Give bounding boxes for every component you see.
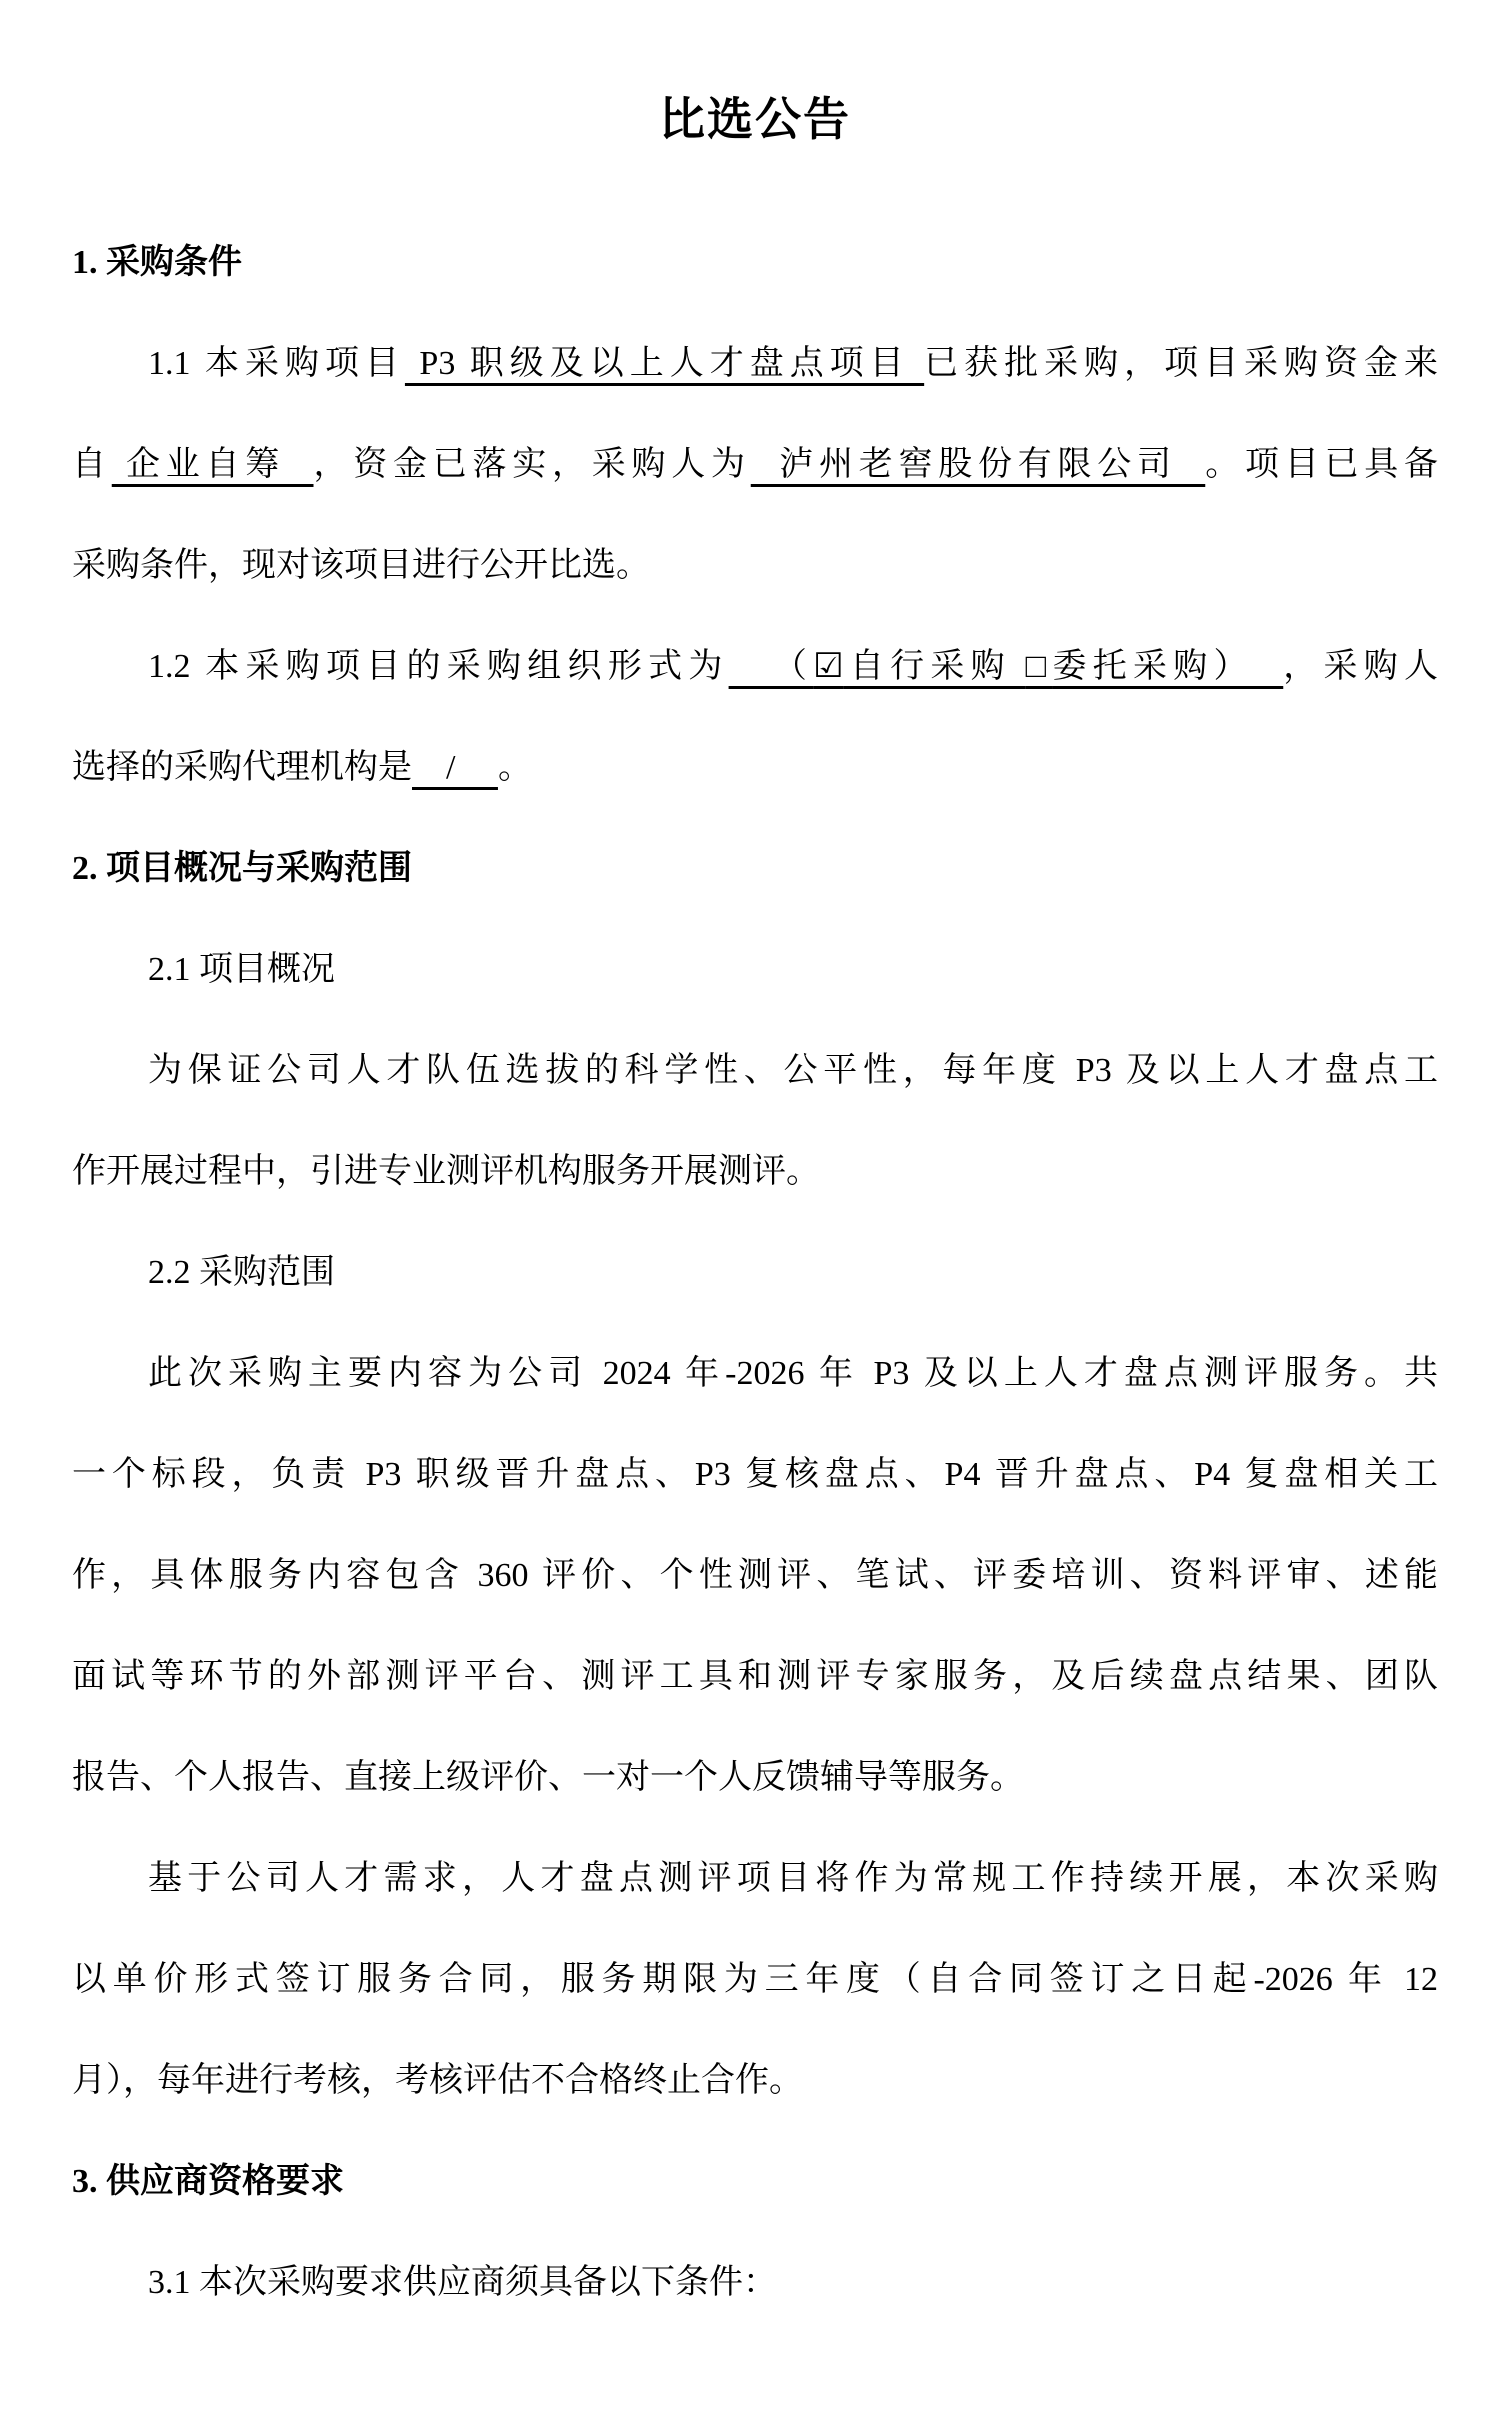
clause-2-2-para1-line-2: 一个标段，负责 P3 职级晋升盘点、P3 复核盘点、P4 晋升盘点、P4 复盘相… (72, 1424, 1438, 1525)
text-run: 。项目已具备 (1205, 446, 1438, 483)
clause-2-2-para2-line-3: 月），每年进行考核，考核评估不合格终止合作。 (72, 2030, 1438, 2131)
unchecked-checkbox-icon: □ (1026, 648, 1053, 685)
clause-1-2-line-2: 选择的采购代理机构是 / 。 (72, 717, 1438, 818)
text-run: 已获批采购，项目采购资金来 (924, 345, 1438, 382)
text-run: 自 (72, 446, 112, 483)
text-run: 报告、个人报告、直接上级评价、一对一个人反馈辅导等服务。 (72, 1759, 1024, 1796)
clause-3-1-line-1: 3.1 本次采购要求供应商须具备以下条件： (72, 2232, 1438, 2333)
text-run: 作，具体服务内容包含 360 评价、个性测评、笔试、评委培训、资料评审、述能 (72, 1557, 1438, 1594)
clause-2-2-para2-line-1: 基于公司人才需求，人才盘点测评项目将作为常规工作持续开展，本次采购 (72, 1828, 1438, 1929)
text-run: 1.2 本采购项目的采购组织形式为 (148, 648, 729, 685)
document-page: 比选公告 1. 采购条件1.1 本采购项目 P3 职级及以上人才盘点项目 已获批… (0, 0, 1500, 2410)
text-run: 面试等环节的外部测评平台、测评工具和测评专家服务，及后续盘点结果、团队 (72, 1658, 1438, 1695)
text-run: 基于公司人才需求，人才盘点测评项目将作为常规工作持续开展，本次采购 (148, 1860, 1438, 1897)
text-run: ，资金已落实，采购人为 (314, 446, 751, 483)
document-title: 比选公告 (72, 0, 1438, 145)
funding-source-blank: 企业自筹 (112, 446, 314, 483)
org-form-blank: （ (729, 648, 814, 685)
clause-2-2-para2-line-2: 以单价形式签订服务合同，服务期限为三年度（自合同签订之日起-2026 年 12 (72, 1929, 1438, 2030)
text-run: 2. 项目概况与采购范围 (72, 850, 412, 887)
text-run: ，采购人 (1283, 648, 1438, 685)
text-run: 3.1 本次采购要求供应商须具备以下条件： (148, 2264, 777, 2301)
document-body: 1. 采购条件1.1 本采购项目 P3 职级及以上人才盘点项目 已获批采购，项目… (72, 212, 1438, 2333)
clause-2-2-heading: 2.2 采购范围 (72, 1222, 1438, 1323)
text-run: 为保证公司人才队伍选拔的科学性、公平性，每年度 P3 及以上人才盘点工 (148, 1052, 1438, 1089)
checked-checkbox-icon: ☑ (813, 648, 843, 685)
text-run: 一个标段，负责 P3 职级晋升盘点、P3 复核盘点、P4 晋升盘点、P4 复盘相… (72, 1456, 1438, 1493)
text-run: 1. 采购条件 (72, 244, 242, 281)
clause-2-2-para1-line-4: 面试等环节的外部测评平台、测评工具和测评专家服务，及后续盘点结果、团队 (72, 1626, 1438, 1727)
agency-name-blank: / (412, 749, 498, 786)
clause-2-1-para-line-2: 作开展过程中，引进专业测评机构服务开展测评。 (72, 1121, 1438, 1222)
clause-1-2-line-1: 1.2 本采购项目的采购组织形式为 （☑自行采购 □委托采购） ，采购人 (72, 616, 1438, 717)
section-2-heading: 2. 项目概况与采购范围 (72, 818, 1438, 919)
text-run: 2.2 采购范围 (148, 1254, 335, 1291)
clause-2-2-para1-line-1: 此次采购主要内容为公司 2024 年-2026 年 P3 及以上人才盘点测评服务… (72, 1323, 1438, 1424)
text-run: 选择的采购代理机构是 (72, 749, 412, 786)
text-run: 此次采购主要内容为公司 2024 年-2026 年 P3 及以上人才盘点测评服务… (148, 1355, 1438, 1392)
clause-1-1-line-2: 自 企业自筹 ，资金已落实，采购人为 泸州老窖股份有限公司 。项目已具备 (72, 414, 1438, 515)
clause-1-1-line-3: 采购条件，现对该项目进行公开比选。 (72, 515, 1438, 616)
clause-2-2-para1-line-3: 作，具体服务内容包含 360 评价、个性测评、笔试、评委培训、资料评审、述能 (72, 1525, 1438, 1626)
clause-2-1-heading: 2.1 项目概况 (72, 919, 1438, 1020)
text-run: 以单价形式签订服务合同，服务期限为三年度（自合同签订之日起-2026 年 12 (72, 1961, 1438, 1998)
clause-1-1-line-1: 1.1 本采购项目 P3 职级及以上人才盘点项目 已获批采购，项目采购资金来 (72, 313, 1438, 414)
project-name-blank: P3 职级及以上人才盘点项目 (405, 345, 924, 382)
text-run: 自行采购 (844, 648, 1026, 685)
section-3-heading: 3. 供应商资格要求 (72, 2131, 1438, 2232)
text-run: 月），每年进行考核，考核评估不合格终止合作。 (72, 2062, 803, 2099)
text-run: 委托采购） (1052, 648, 1283, 685)
clause-2-1-para-line-1: 为保证公司人才队伍选拔的科学性、公平性，每年度 P3 及以上人才盘点工 (72, 1020, 1438, 1121)
text-run: 采购条件，现对该项目进行公开比选。 (72, 547, 650, 584)
clause-2-2-para1-line-5: 报告、个人报告、直接上级评价、一对一个人反馈辅导等服务。 (72, 1727, 1438, 1828)
purchaser-name-blank: 泸州老窖股份有限公司 (751, 446, 1206, 483)
text-run: 1.1 本采购项目 (148, 345, 405, 382)
text-run: 。 (498, 749, 532, 786)
text-run: 2.1 项目概况 (148, 951, 335, 988)
section-1-heading: 1. 采购条件 (72, 212, 1438, 313)
text-run: 3. 供应商资格要求 (72, 2163, 344, 2200)
text-run: 作开展过程中，引进专业测评机构服务开展测评。 (72, 1153, 820, 1190)
